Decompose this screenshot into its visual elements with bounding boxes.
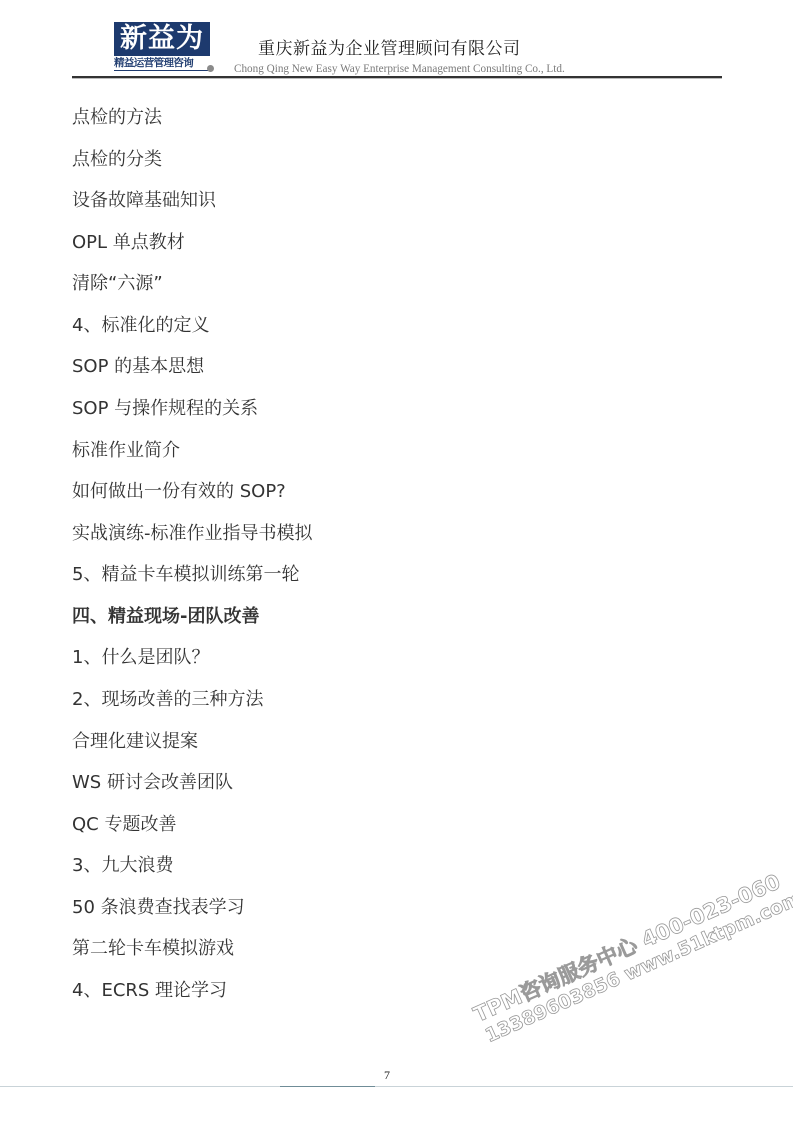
content-line: OPL 单点教材 <box>72 231 185 255</box>
content-line: 设备故障基础知识 <box>72 189 216 213</box>
watermark-line-2: 13389603856 www.51ktpm.com <box>482 893 791 1048</box>
content-line: 2、现场改善的三种方法 <box>72 688 263 712</box>
content-line: QC 专题改善 <box>72 813 176 837</box>
page-number: 7 <box>380 1068 394 1083</box>
section-heading: 四、精益现场-团队改善 <box>72 605 259 629</box>
watermark: TPM咨询服务中心 400-023-060 13389603856 www.51… <box>470 871 793 1087</box>
footer-accent-line <box>280 1086 375 1087</box>
content-line: 3、九大浪费 <box>72 854 173 878</box>
company-name-cn: 重庆新益为企业管理顾问有限公司 <box>258 38 521 60</box>
company-logo: 新益为 精益运营管理咨询 <box>114 22 212 72</box>
content-line: WS 研讨会改善团队 <box>72 771 233 795</box>
logo-main-text: 新益为 <box>114 22 210 56</box>
logo-sub-text: 精益运营管理咨询 <box>114 57 210 71</box>
content-line: 5、精益卡车模拟训练第一轮 <box>72 563 299 587</box>
header-divider <box>72 76 722 79</box>
content-line: 如何做出一份有效的 SOP? <box>72 480 286 504</box>
content-line: 实战演练-标准作业指导书模拟 <box>72 522 313 546</box>
content-line: 标准作业简介 <box>72 439 180 463</box>
content-line: 点检的方法 <box>72 106 162 130</box>
content-line: SOP 与操作规程的关系 <box>72 397 258 421</box>
page-header: 新益为 精益运营管理咨询 重庆新益为企业管理顾问有限公司 Chong Qing … <box>0 0 793 80</box>
content-line: 第二轮卡车模拟游戏 <box>72 937 234 961</box>
content-line: 清除“六源” <box>72 272 163 296</box>
footer-divider <box>0 1086 793 1087</box>
watermark-line-1: TPM咨询服务中心 400-023-060 <box>470 871 781 1027</box>
content-line: 4、标准化的定义 <box>72 314 209 338</box>
content-line: 1、什么是团队？ <box>72 646 209 670</box>
content-line: 50 条浪费查找表学习 <box>72 896 245 920</box>
content-line: 点检的分类 <box>72 148 162 172</box>
content-line: 4、ECRS 理论学习 <box>72 979 227 1003</box>
logo-dot-icon <box>207 65 214 72</box>
content-line: 合理化建议提案 <box>72 730 198 754</box>
company-name-en: Chong Qing New Easy Way Enterprise Manag… <box>234 62 565 76</box>
content-line: SOP 的基本思想 <box>72 355 204 379</box>
